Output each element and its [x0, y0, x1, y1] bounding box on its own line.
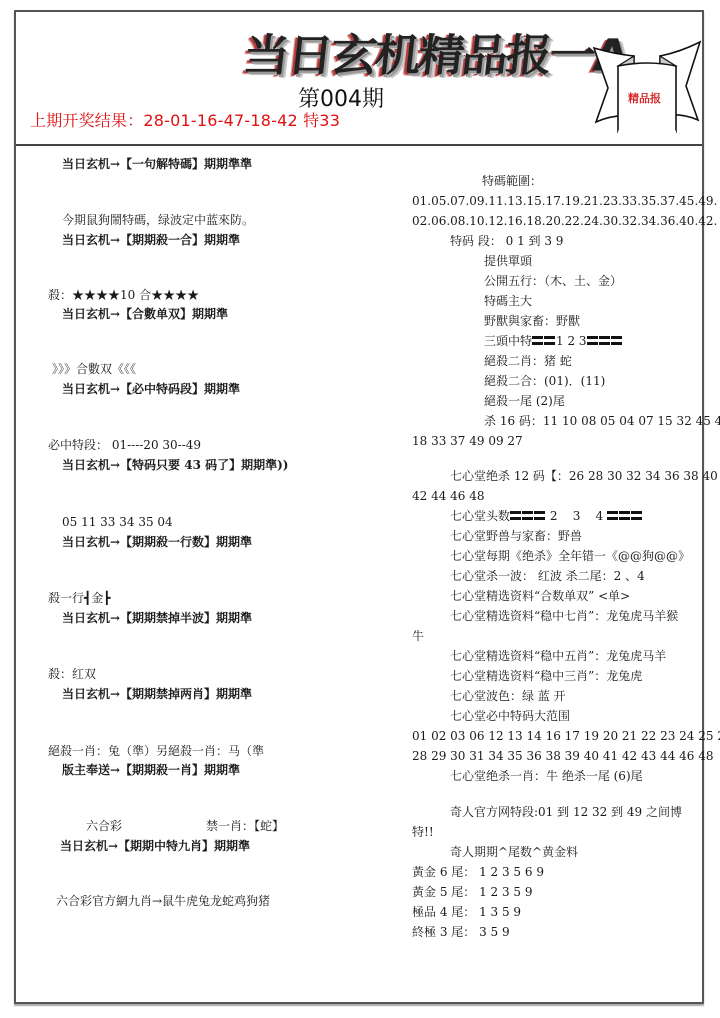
left-line-9: 当日玄机→【特码只要 43 码了】期期準)) [62, 455, 288, 476]
qxt-wild: 七心堂野兽与家畜：野兽 [450, 526, 582, 547]
qxt-oddeven: 七心堂精选资料“合数单双” <单> [450, 586, 630, 607]
page-frame: 当日玄机精品报一A 第004期 上期开奖结果：28-01-16-47-18-42… [14, 10, 704, 1004]
left-line-16: 絕殺一肖：兔（準）另絕殺一肖：马（準 [48, 741, 264, 762]
last-draw-result: 上期开奖结果：28-01-16-47-18-42 特33 [30, 108, 340, 131]
scroll-emblem: 精品报 [588, 24, 706, 140]
single-head: 提供單頭 [484, 251, 532, 272]
range-title: 特碼範圍： [482, 171, 542, 192]
left-line-5: 当日玄机→【合數单双】期期準 [62, 304, 228, 325]
qxt-color: 七心堂波色：绿 蓝 开 [450, 686, 566, 707]
qxt-seven-line-1: 七心堂精选资料“稳中七肖”：龙兔虎马羊猴 [450, 606, 678, 627]
qxt-head: 七心堂头数 2 3 4 [450, 506, 643, 527]
left-line-14: 殺：红双 [48, 664, 96, 685]
left-line-18: 六合彩 [86, 816, 122, 837]
qxt-range-title: 七心堂必中特码大范围 [450, 706, 570, 727]
left-line-2: 今期鼠狗鬧特碼，绿波定中蓝來防。 [62, 210, 254, 231]
left-line-6: 》》》合數双《《《 [52, 359, 136, 380]
tail-gold-5: 黃金 5 尾： 1 2 3 5 9 [412, 882, 533, 903]
bars-decoration [607, 506, 643, 527]
segment: 特码 段： 0 1 到 3 9 [450, 231, 563, 252]
five-elements: 公開五行：（木、土、金） [484, 271, 622, 292]
left-line-1: 当日玄机→【一句解特碼】期期準準 [62, 154, 252, 175]
left-line-15: 当日玄机→【期期禁掉两肖】期期準 [62, 684, 252, 705]
qxt-kill12-line-1: 七心堂绝杀 12 码【：26 28 30 32 34 36 38 40 [450, 466, 718, 487]
qxt-range-row-1: 01 02 03 06 12 13 14 16 17 19 20 21 22 2… [412, 726, 720, 747]
three-heads-value: 1 2 3 [556, 334, 587, 348]
qxt-year: 七心堂每期《绝杀》全年错一《@@狗@@》 [450, 546, 690, 567]
left-line-20: 当日玄机→【期期中特九肖】期期準 [60, 836, 250, 857]
qiren-segment-line-1: 奇人官方网特段:01 到 12 32 到 49 之间博 [450, 802, 682, 823]
qxt-head-label: 七心堂头数 [450, 509, 510, 523]
header: 当日玄机精品报一A 第004期 上期开奖结果：28-01-16-47-18-42… [16, 12, 702, 146]
scroll-banner-icon [588, 24, 706, 140]
left-line-3: 当日玄机→【期期殺一合】期期準 [62, 230, 240, 251]
qxt-three: 七心堂精选资料“稳中三肖”：龙兔虎 [450, 666, 642, 687]
left-line-13: 当日玄机→【期期禁掉半波】期期準 [62, 608, 252, 629]
left-line-4: 殺：★★★★10 合★★★★ [48, 285, 199, 306]
left-line-19: 禁一肖：【蛇】 [206, 816, 284, 837]
banner-logo: 当日玄机精品报一A [244, 22, 577, 82]
left-line-8: 必中特段： 01----20 30--49 [48, 435, 201, 456]
left-line-7: 当日玄机→【必中特码段】期期準 [62, 379, 240, 400]
kill-two-zodiac: 絕殺二肖：猪 蛇 [484, 351, 572, 372]
left-line-21: 六合彩官方網九肖→鼠牛虎兔龙蛇鸡狗猪 [56, 891, 270, 912]
qxt-five: 七心堂精选资料“稳中五肖”：龙兔虎马羊 [450, 646, 666, 667]
kill-two-combo: 絕殺二合：(01)．(11) [484, 371, 605, 392]
qxt-kill-one: 七心堂绝杀一肖：牛 绝杀一尾 (6)尾 [450, 766, 643, 787]
kill16-line-1: 杀 16 码：11 10 08 05 04 07 15 32 45 47 [484, 411, 720, 432]
tail-ultimate-3: 終極 3 尾： 3 5 9 [412, 922, 510, 943]
bars-decoration [532, 331, 556, 352]
qxt-kill12-line-2: 42 44 46 48 [412, 486, 485, 507]
bars-decoration [510, 506, 546, 527]
left-line-12: 殺一行┫金┣ [48, 588, 110, 609]
tail-premium-4: 極品 4 尾： 1 3 5 9 [412, 902, 521, 923]
qxt-seven-line-2: 牛 [412, 626, 424, 647]
three-heads-label: 三頭中特 [484, 334, 532, 348]
qiren-segment-line-2: 特!! [412, 822, 434, 843]
tail-gold-6: 黃金 6 尾： 1 2 3 5 6 9 [412, 862, 544, 883]
qxt-wave: 七心堂杀一波： 红波 杀二尾：2 、4 [450, 566, 645, 587]
range-row-2: 02.06.08.10.12.16.18.20.22.24.30.32.34.3… [412, 211, 717, 232]
three-heads: 三頭中特1 2 3 [484, 331, 623, 352]
wild-domestic: 野獸與家畜：野獸 [484, 311, 580, 332]
qiren-title: 奇人期期^尾数^黄金料 [450, 842, 578, 863]
left-line-11: 当日玄机→【期期殺一行数】期期準 [62, 532, 252, 553]
banner-title: 当日玄机精品报一A [241, 21, 631, 84]
left-line-10: 05 11 33 34 35 04 [62, 512, 173, 533]
emblem-label: 精品报 [628, 90, 661, 106]
bars-decoration [587, 331, 623, 352]
qxt-range-row-2: 28 29 30 31 34 35 36 38 39 40 41 42 43 4… [412, 746, 714, 767]
kill16-line-2: 18 33 37 49 09 27 [412, 431, 523, 452]
kill-one-tail: 絕殺一尾 (2)尾 [484, 391, 565, 412]
qxt-head-value: 2 3 4 [550, 509, 603, 523]
range-row-1: 01.05.07.09.11.13.15.17.19.21.23.33.35.3… [412, 191, 717, 212]
left-line-17: 版主奉送→【期期殺一肖】期期準 [62, 760, 240, 781]
main-big: 特碼主大 [484, 291, 532, 312]
